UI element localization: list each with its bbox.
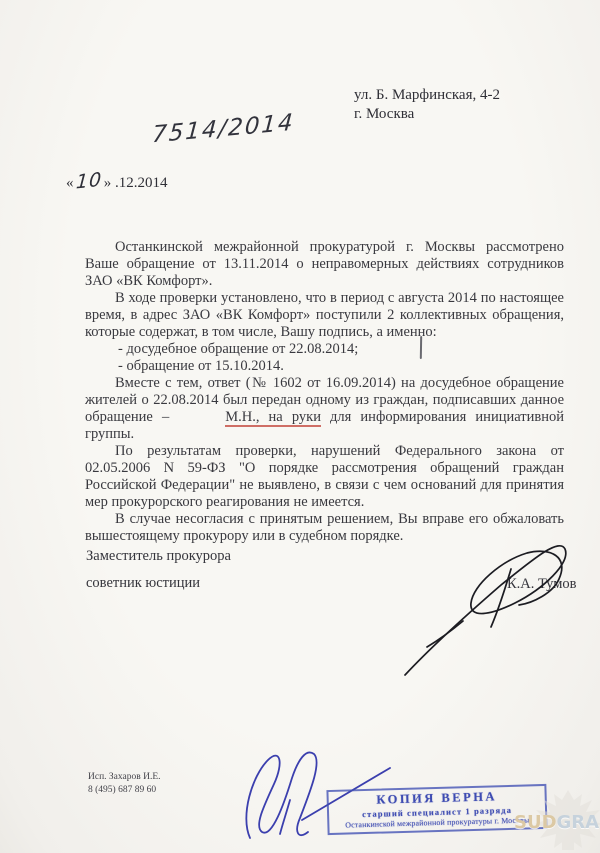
paragraph-3: Вместе с тем, ответ (№ 1602 от 16.09.201…	[85, 375, 564, 443]
paragraph-1: Останкинской межрайонной прокуратурой г.…	[85, 239, 564, 290]
date-day-handwritten: 10	[75, 168, 103, 193]
letter-body: Останкинской межрайонной прокуратурой г.…	[85, 239, 564, 545]
date-line: «10» .12.2014	[66, 170, 167, 192]
address-block: ул. Б. Марфинская, 4-2 г. Москва	[354, 86, 500, 124]
paragraph-2: В ходе проверки установлено, что в перио…	[85, 290, 564, 341]
watermark: SUDGRAD	[508, 788, 600, 853]
signer-position: Заместитель прокурора	[86, 548, 231, 565]
underlined-phrase: М.Н., на руки	[225, 409, 321, 427]
signer-title-block: Заместитель прокурора советник юстиции	[86, 548, 231, 602]
executor-name: Исп. Захаров И.Е.	[88, 771, 161, 784]
paragraph-4: По результатам проверки, нарушений Федер…	[85, 443, 564, 511]
handwritten-ref-number: 7514/2014	[151, 110, 295, 149]
watermark-text: SUDGRAD	[514, 812, 600, 833]
scanned-letter-page: ул. Б. Марфинская, 4-2 г. Москва 7514/20…	[0, 0, 600, 853]
address-city: г. Москва	[354, 105, 500, 124]
date-open-quote: «	[66, 175, 74, 191]
list-item-2: - обращение от 15.10.2014.	[85, 358, 564, 375]
executor-block: Исп. Захаров И.Е. 8 (495) 687 89 60	[88, 771, 161, 797]
date-rest: » .12.2014	[104, 175, 168, 191]
address-street: ул. Б. Марфинская, 4-2	[354, 86, 500, 105]
signer-rank: советник юстиции	[86, 575, 231, 592]
executor-phone: 8 (495) 687 89 60	[88, 784, 161, 797]
signature-black-ink	[393, 523, 583, 698]
list-item-1: - досудебное обращение от 22.08.2014;	[85, 341, 564, 358]
